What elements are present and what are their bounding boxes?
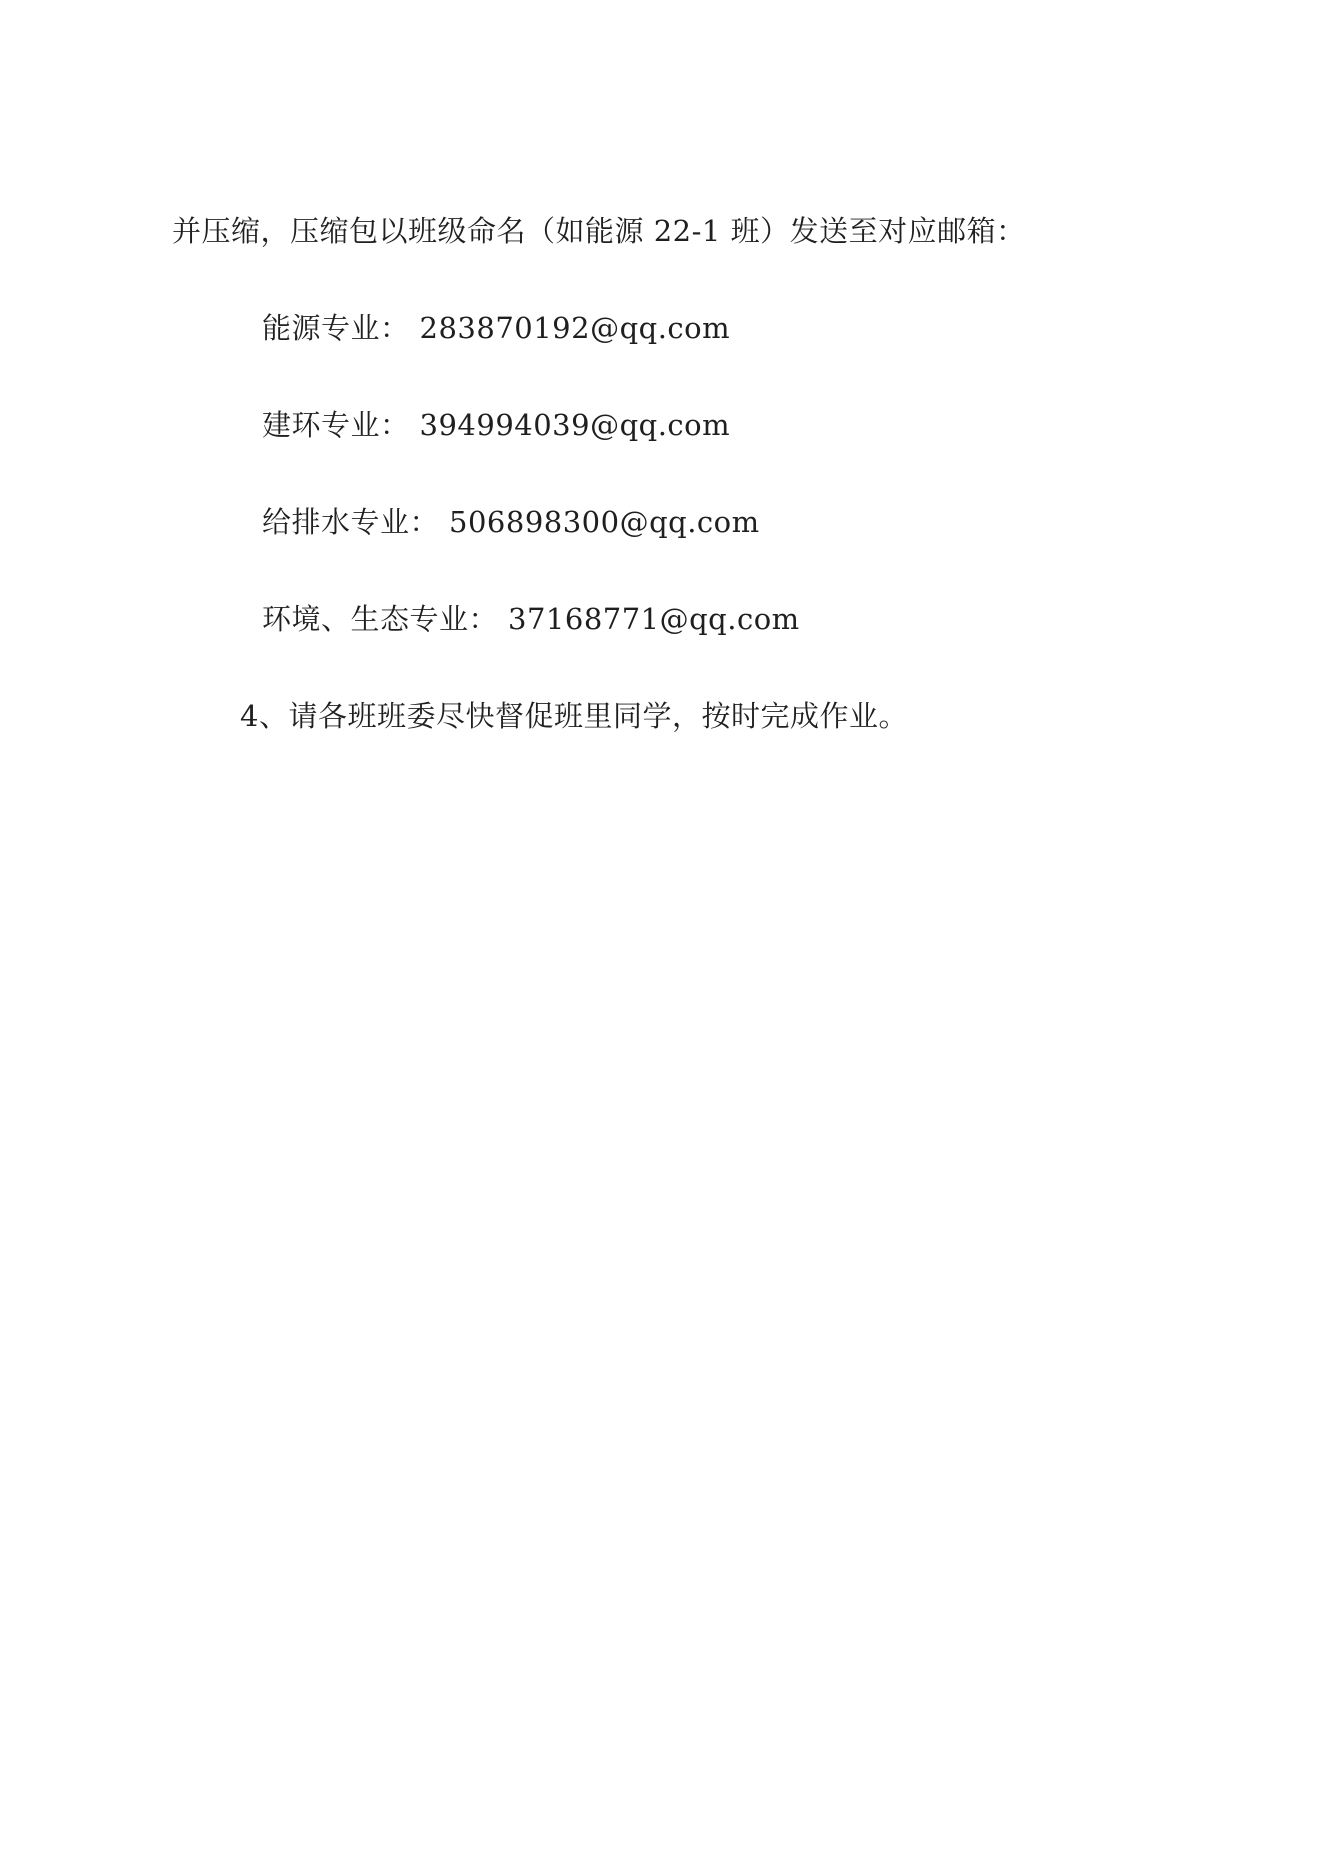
- email-address: 506898300@qq.com: [449, 505, 760, 539]
- email-address: 283870192@qq.com: [420, 311, 731, 345]
- email-label: 给排水专业：: [262, 505, 439, 539]
- email-address: 394994039@qq.com: [420, 408, 731, 442]
- email-line-water-supply: 给排水专业：506898300@qq.com: [0, 488, 1323, 556]
- email-address: 37168771@qq.com: [508, 602, 800, 636]
- email-line-environment-ecology: 环境、生态专业：37168771@qq.com: [0, 585, 1323, 653]
- document-content: 并压缩，压缩包以班级命名（如能源 22-1 班）发送至对应邮箱： 能源专业：28…: [0, 168, 1323, 779]
- email-line-built-environment: 建环专业：394994039@qq.com: [0, 391, 1323, 459]
- email-label: 环境、生态专业：: [262, 602, 498, 636]
- email-label: 能源专业：: [262, 311, 410, 345]
- document-page: 并压缩，压缩包以班级命名（如能源 22-1 班）发送至对应邮箱： 能源专业：28…: [0, 0, 1323, 1871]
- closing-item: 4、请各班班委尽快督促班里同学，按时完成作业。: [0, 682, 1323, 750]
- paragraph-continuation: 并压缩，压缩包以班级命名（如能源 22-1 班）发送至对应邮箱：: [0, 197, 1323, 265]
- email-label: 建环专业：: [262, 408, 410, 442]
- email-line-energy: 能源专业：283870192@qq.com: [0, 294, 1323, 362]
